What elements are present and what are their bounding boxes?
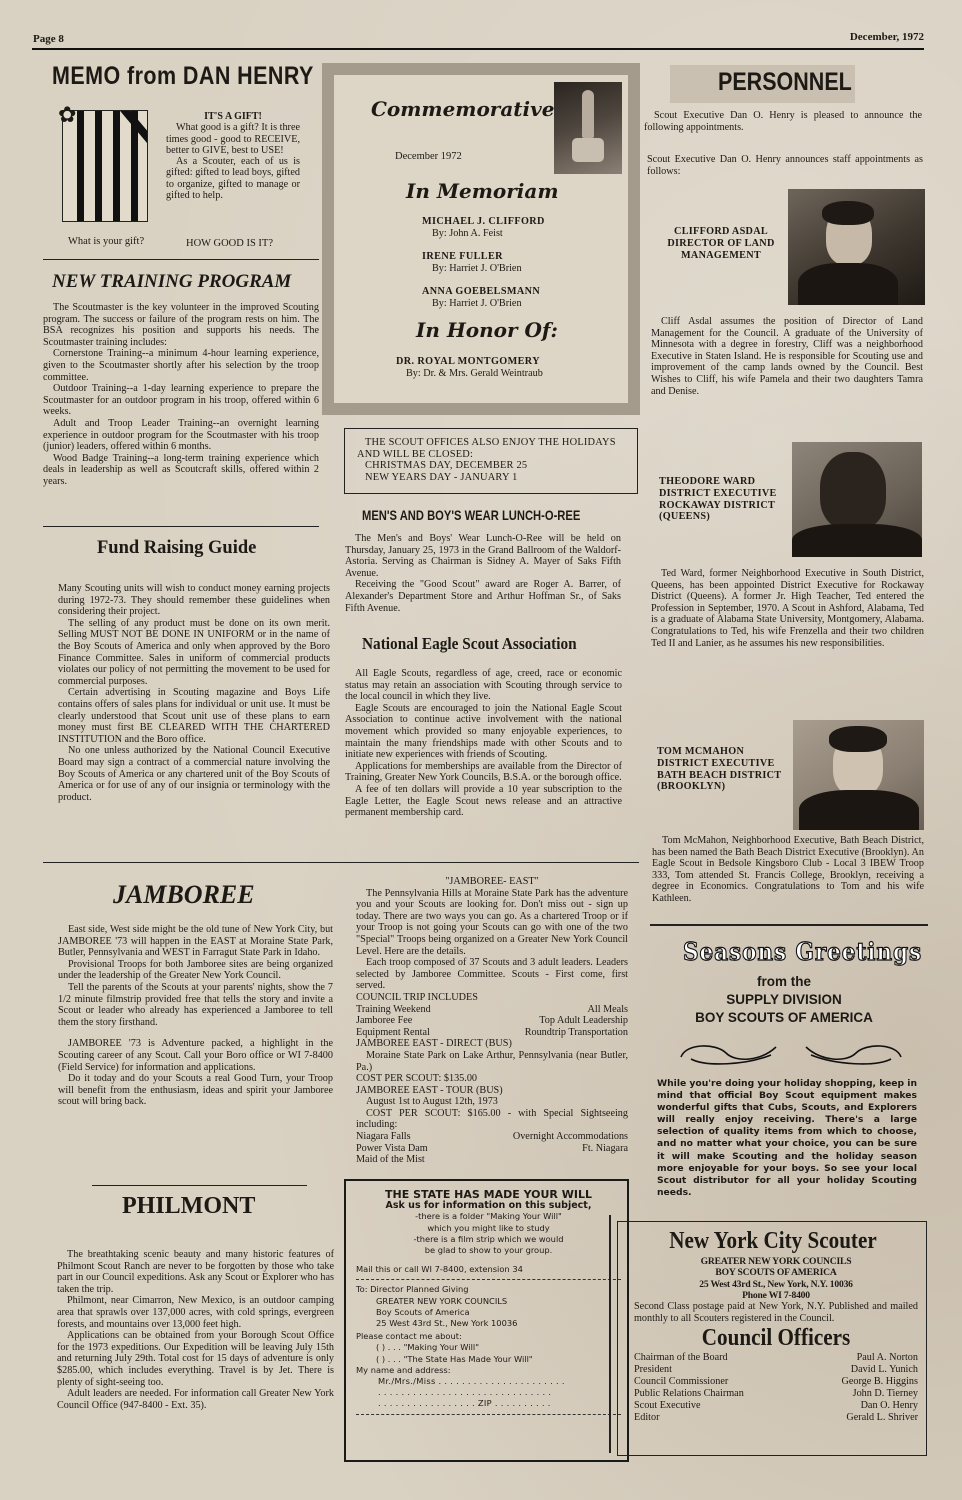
tour-cost: COST PER SCOUT: $165.00 - with Special S… [356, 1108, 628, 1131]
memo-paragraph: As a Scouter, each of us is gifted: gift… [166, 156, 300, 201]
officer-name: David L. Yunich [851, 1364, 918, 1376]
lunch-body: The Men's and Boys' Wear Lunch-O-Ree wil… [345, 533, 621, 614]
will-subtitle: Ask us for information on this subject, [356, 1200, 621, 1211]
direct-heading: JAMBOREE EAST - DIRECT (BUS) [356, 1038, 628, 1050]
jamboree-paragraph: Provisional Troops for both Jamboree sit… [58, 959, 333, 982]
eagle-paragraph: Applications for memberships are availab… [345, 761, 622, 784]
name-line: (BROOKLYN) [657, 781, 781, 793]
postage-info: Second Class postage paid at New York, N… [634, 1301, 918, 1324]
publication-masthead-box: New York City Scouter GREATER NEW YORK C… [617, 1221, 927, 1456]
scroll-flourish-icon [676, 1039, 906, 1069]
direct-location: Moraine State Park on Lake Arthur, Penns… [356, 1050, 628, 1073]
officers-title: Council Officers [651, 1324, 901, 1352]
memo-heading: IT'S A GIFT! [166, 111, 300, 122]
officer-row: Chairman of the BoardPaul A. Norton [634, 1352, 918, 1364]
appointee-name: CLIFFORD ASDAL DIRECTOR OF LAND MANAGEME… [663, 226, 779, 261]
eagle-title: National Eagle Scout Association [362, 634, 577, 654]
intro-text: Scout Executive Dan O. Henry announces s… [647, 154, 923, 177]
memoriam-heading: In Memoriam [406, 179, 558, 203]
bio-text: Cliff Asdal assumes the position of Dire… [651, 316, 923, 397]
name-line: ROCKAWAY DISTRICT [659, 500, 777, 512]
memo-body: IT'S A GIFT! What good is a gift? It is … [166, 111, 300, 201]
trophy-statue-photo [554, 82, 622, 174]
eagle-paragraph: Eagle Scouts are encouraged to join the … [345, 703, 622, 761]
training-paragraph: Adult and Troop Leader Training--an over… [43, 418, 319, 453]
memoriam-entry: IRENE FULLER By: Harriet J. O'Brien [422, 251, 522, 275]
tom-mcmahon-portrait [793, 720, 924, 830]
jamboree-east-paragraph: Each troop composed of 37 Scouts and 3 a… [356, 957, 628, 992]
option-checkbox-making-will[interactable]: ( ) . . . "Making Your Will" [356, 1342, 621, 1353]
option-checkbox-state-will[interactable]: ( ) . . . "The State Has Made Your Will" [356, 1354, 621, 1365]
fundraising-paragraph: Certain advertising in Scouting magazine… [58, 687, 330, 745]
officer-role: Editor [634, 1412, 659, 1424]
section-divider [650, 924, 928, 926]
philmont-body: The breathtaking scenic beauty and many … [57, 1249, 334, 1411]
zip-field[interactable]: . . . . . . . . . . . . . . . . . ZIP . … [356, 1398, 621, 1409]
contact-label: Please contact me about: [356, 1331, 621, 1342]
memoriam-entry: ANNA GOEBELSMANN By: Harriet J. O'Brien [422, 286, 540, 310]
include-item: Equipment Rental [356, 1027, 430, 1039]
will-line: be glad to show to your group. [356, 1245, 621, 1256]
sights-row: Power Vista DamFt. Niagara [356, 1143, 628, 1155]
jamboree-body: East side, West side might be the old tu… [58, 924, 333, 1108]
appointee-bio: Ted Ward, former Neighborhood Executive … [651, 568, 924, 649]
org-line: GREATER NEW YORK COUNCILS [634, 1256, 918, 1267]
theodore-ward-portrait [792, 442, 922, 557]
sight-item: Power Vista Dam [356, 1143, 428, 1155]
training-paragraph: The Scoutmaster is the key volunteer in … [43, 302, 319, 348]
publication-title: New York City Scouter [645, 1226, 900, 1256]
greetings-from: from the [650, 973, 918, 991]
honoree-name: ANNA GOEBELSMANN [422, 286, 540, 298]
philmont-paragraph: Philmont, near Cimarron, New Mexico, is … [57, 1295, 334, 1330]
sights-row: Maid of the Mist [356, 1154, 628, 1166]
publication-address: GREATER NEW YORK COUNCILS BOY SCOUTS OF … [634, 1256, 918, 1301]
donor-name: By: John A. Feist [422, 228, 545, 240]
name-line: THEODORE WARD [659, 476, 777, 488]
includes-row: Jamboree FeeTop Adult Leadership [356, 1015, 628, 1027]
officer-row: EditorGerald L. Shriver [634, 1412, 918, 1424]
notice-line: NEW YEARS DAY - JANUARY 1 [357, 472, 625, 484]
commemoratives-date: December 1972 [395, 151, 462, 162]
bio-text: Tom McMahon, Neighborhood Executive, Bat… [652, 835, 924, 905]
name-line: DISTRICT EXECUTIVE [659, 488, 777, 500]
section-divider [43, 259, 319, 260]
appointee-bio: Cliff Asdal assumes the position of Dire… [651, 316, 923, 397]
lunch-paragraph: Receiving the "Good Scout" award are Rog… [345, 579, 621, 614]
bio-text: Ted Ward, former Neighborhood Executive … [651, 568, 924, 649]
memo-title: MEMO from DAN HENRY [52, 62, 314, 91]
section-divider [43, 526, 319, 527]
officer-row: Scout ExecutiveDan O. Henry [634, 1400, 918, 1412]
officer-row: PresidentDavid L. Yunich [634, 1364, 918, 1376]
honoree-name: IRENE FULLER [422, 251, 522, 263]
include-item: All Meals [588, 1004, 628, 1016]
includes-row: Equipment RentalRoundtrip Transportation [356, 1027, 628, 1039]
fundraising-title: Fund Raising Guide [97, 538, 256, 559]
greetings-title: Seasons Greetings [683, 937, 922, 966]
phone-line: Phone WI 7-8400 [634, 1290, 918, 1301]
section-divider [92, 1185, 307, 1186]
honor-heading: In Honor Of: [416, 318, 558, 342]
donor-name: By: Harriet J. O'Brien [422, 263, 522, 275]
jamboree-paragraph: East side, West side might be the old tu… [58, 924, 333, 959]
will-call-info: Mail this or call WI 7-8400, extension 3… [356, 1264, 621, 1275]
sights-row: Niagara FallsOvernight Accommodations [356, 1131, 628, 1143]
page-number: Page 8 [33, 33, 64, 45]
philmont-paragraph: Applications can be obtained from your B… [57, 1330, 334, 1388]
address-field[interactable]: . . . . . . . . . . . . . . . . . . . . … [356, 1387, 621, 1398]
column-rule [609, 1215, 611, 1453]
include-item: Roundtrip Transportation [525, 1027, 628, 1039]
memo-question: HOW GOOD IS IT? [186, 238, 273, 249]
sight-item: Ft. Niagara [582, 1143, 628, 1155]
fundraising-paragraph: No one unless authorized by the National… [58, 745, 330, 803]
name-line: DIRECTOR OF LAND [663, 238, 779, 250]
jamboree-title: JAMBOREE [113, 880, 255, 910]
officer-role: Council Commissioner [634, 1376, 728, 1388]
personnel-title: PERSONNEL [718, 68, 852, 97]
will-address: GREATER NEW YORK COUNCILS [356, 1296, 621, 1307]
training-title: NEW TRAINING PROGRAM [52, 271, 291, 293]
philmont-title: PHILMONT [122, 1193, 255, 1220]
appointee-name: TOM MCMAHON DISTRICT EXECUTIVE BATH BEAC… [657, 746, 781, 793]
bow-icon: ✿ [58, 104, 76, 126]
officer-row: Council CommissionerGeorge B. Higgins [634, 1376, 918, 1388]
eagle-paragraph: A fee of ten dollars will provide a 10 y… [345, 784, 622, 819]
include-item: Jamboree Fee [356, 1015, 412, 1027]
name-address-label: My name and address: [356, 1365, 621, 1376]
honoree-name: MICHAEL J. CLIFFORD [422, 216, 545, 228]
name-line: BATH BEACH DISTRICT [657, 770, 781, 782]
officer-role: Scout Executive [634, 1400, 700, 1412]
officer-role: Chairman of the Board [634, 1352, 728, 1364]
greetings-division: SUPPLY DIVISION [650, 991, 918, 1009]
address-line: 25 West 43rd St., New York, N.Y. 10036 [634, 1279, 918, 1290]
name-line: (QUEENS) [659, 511, 777, 523]
honoree-name: DR. ROYAL MONTGOMERY [396, 356, 543, 368]
cut-line [356, 1414, 621, 1415]
eagle-body: All Eagle Scouts, regardless of age, cre… [345, 668, 622, 819]
name-line: TOM MCMAHON [657, 746, 781, 758]
appointee-name: THEODORE WARD DISTRICT EXECUTIVE ROCKAWA… [659, 476, 777, 523]
greetings-org: BOY SCOUTS OF AMERICA [650, 1009, 918, 1027]
training-paragraph: Wood Badge Training--a long-term trainin… [43, 453, 319, 488]
includes-heading: COUNCIL TRIP INCLUDES [356, 992, 628, 1004]
memo-paragraph: What good is a gift? It is three times g… [166, 122, 300, 156]
include-item: Training Weekend [356, 1004, 431, 1016]
will-address: 25 West 43rd St., New York 10036 [356, 1318, 621, 1329]
commemoratives-box: Commemoratives December 1972 In Memoriam… [322, 63, 640, 415]
include-item: Top Adult Leadership [539, 1015, 628, 1027]
personnel-intro: Scout Executive Dan O. Henry is pleased … [644, 110, 922, 133]
masthead-rule [32, 48, 924, 50]
jamboree-paragraph: JAMBOREE '73 is Adventure packed, a high… [58, 1038, 333, 1073]
sight-item: Niagara Falls [356, 1131, 411, 1143]
officer-name: George B. Higgins [842, 1376, 919, 1388]
org-line: BOY SCOUTS OF AMERICA [634, 1267, 918, 1278]
donor-name: By: Harriet J. O'Brien [422, 298, 540, 310]
jamboree-east-title: "JAMBOREE- EAST" [356, 876, 628, 888]
fundraising-body: Many Scouting units will wish to conduct… [58, 583, 330, 803]
intro-text: Scout Executive Dan O. Henry is pleased … [644, 110, 922, 133]
officer-name: John D. Tierney [853, 1388, 918, 1400]
lunch-title: MEN'S AND BOY'S WEAR LUNCH-O-REE [362, 507, 580, 523]
will-coupon: THE STATE HAS MADE YOUR WILL Ask us for … [344, 1179, 629, 1462]
notice-line: CHRISTMAS DAY, DECEMBER 25 [357, 460, 625, 472]
training-paragraph: Cornerstone Training--a minimum 4-hour l… [43, 348, 319, 383]
officer-name: Paul A. Norton [857, 1352, 918, 1364]
eagle-paragraph: All Eagle Scouts, regardless of age, cre… [345, 668, 622, 703]
commemoratives-title: Commemoratives [371, 97, 566, 121]
will-title: THE STATE HAS MADE YOUR WILL [356, 1189, 621, 1200]
section-divider [43, 862, 639, 863]
jamboree-east-paragraph: The Pennsylvania Hills at Moraine State … [356, 888, 628, 958]
will-line: which you might like to study [356, 1223, 621, 1234]
sight-item: Maid of the Mist [356, 1154, 425, 1166]
holiday-closing-notice: THE SCOUT OFFICES ALSO ENJOY THE HOLIDAY… [344, 428, 638, 494]
officer-name: Dan O. Henry [861, 1400, 918, 1412]
issue-date: December, 1972 [850, 31, 924, 43]
training-paragraph: Outdoor Training--a 1-day learning exper… [43, 383, 319, 418]
jamboree-paragraph: Tell the parents of the Scouts at your p… [58, 982, 333, 1028]
direct-cost: COST PER SCOUT: $135.00 [356, 1073, 628, 1085]
name-line: DISTRICT EXECUTIVE [657, 758, 781, 770]
fundraising-paragraph: Many Scouting units will wish to conduct… [58, 583, 330, 618]
will-address: Boy Scouts of America [356, 1307, 621, 1318]
tour-heading: JAMBOREE EAST - TOUR (BUS) [356, 1085, 628, 1097]
jamboree-east-body: "JAMBOREE- EAST" The Pennsylvania Hills … [356, 876, 628, 1166]
training-body: The Scoutmaster is the key volunteer in … [43, 302, 319, 488]
memoriam-entry: MICHAEL J. CLIFFORD By: John A. Feist [422, 216, 545, 240]
officer-row: Public Relations ChairmanJohn D. Tierney [634, 1388, 918, 1400]
honor-entry: DR. ROYAL MONTGOMERY By: Dr. & Mrs. Gera… [396, 356, 543, 380]
tour-dates: August 1st to August 12th, 1973 [356, 1096, 628, 1108]
officer-role: President [634, 1364, 672, 1376]
clifford-asdal-portrait [788, 189, 925, 305]
jamboree-paragraph: Do it today and do your Scouts a real Go… [58, 1073, 333, 1108]
greetings-body: While you're doing your holiday shopping… [657, 1078, 917, 1199]
officer-role: Public Relations Chairman [634, 1388, 744, 1400]
donor-name: By: Dr. & Mrs. Gerald Weintraub [396, 368, 543, 380]
will-line: -there is a film strip which we would [356, 1234, 621, 1245]
will-to-label: To: Director Planned Giving [356, 1284, 621, 1295]
name-field[interactable]: Mr./Mrs./Miss . . . . . . . . . . . . . … [356, 1376, 621, 1387]
personnel-intro: Scout Executive Dan O. Henry announces s… [647, 154, 923, 177]
officer-name: Gerald L. Shriver [846, 1412, 918, 1424]
cut-line [356, 1279, 621, 1280]
appointee-bio: Tom McMahon, Neighborhood Executive, Bat… [652, 835, 924, 905]
lunch-paragraph: The Men's and Boys' Wear Lunch-O-Ree wil… [345, 533, 621, 579]
includes-row: Training WeekendAll Meals [356, 1004, 628, 1016]
name-line: CLIFFORD ASDAL [663, 226, 779, 238]
greetings-subtitle: from the SUPPLY DIVISION BOY SCOUTS OF A… [650, 973, 918, 1027]
sight-item: Overnight Accommodations [513, 1131, 628, 1143]
fundraising-paragraph: The selling of any product must be done … [58, 618, 330, 688]
will-line: -there is a folder "Making Your Will" [356, 1211, 621, 1222]
philmont-paragraph: The breathtaking scenic beauty and many … [57, 1249, 334, 1295]
memo-question: What is your gift? [68, 236, 144, 247]
philmont-paragraph: Adult leaders are needed. For informatio… [57, 1388, 334, 1411]
notice-line: THE SCOUT OFFICES ALSO ENJOY THE HOLIDAY… [357, 437, 625, 460]
name-line: MANAGEMENT [663, 250, 779, 262]
